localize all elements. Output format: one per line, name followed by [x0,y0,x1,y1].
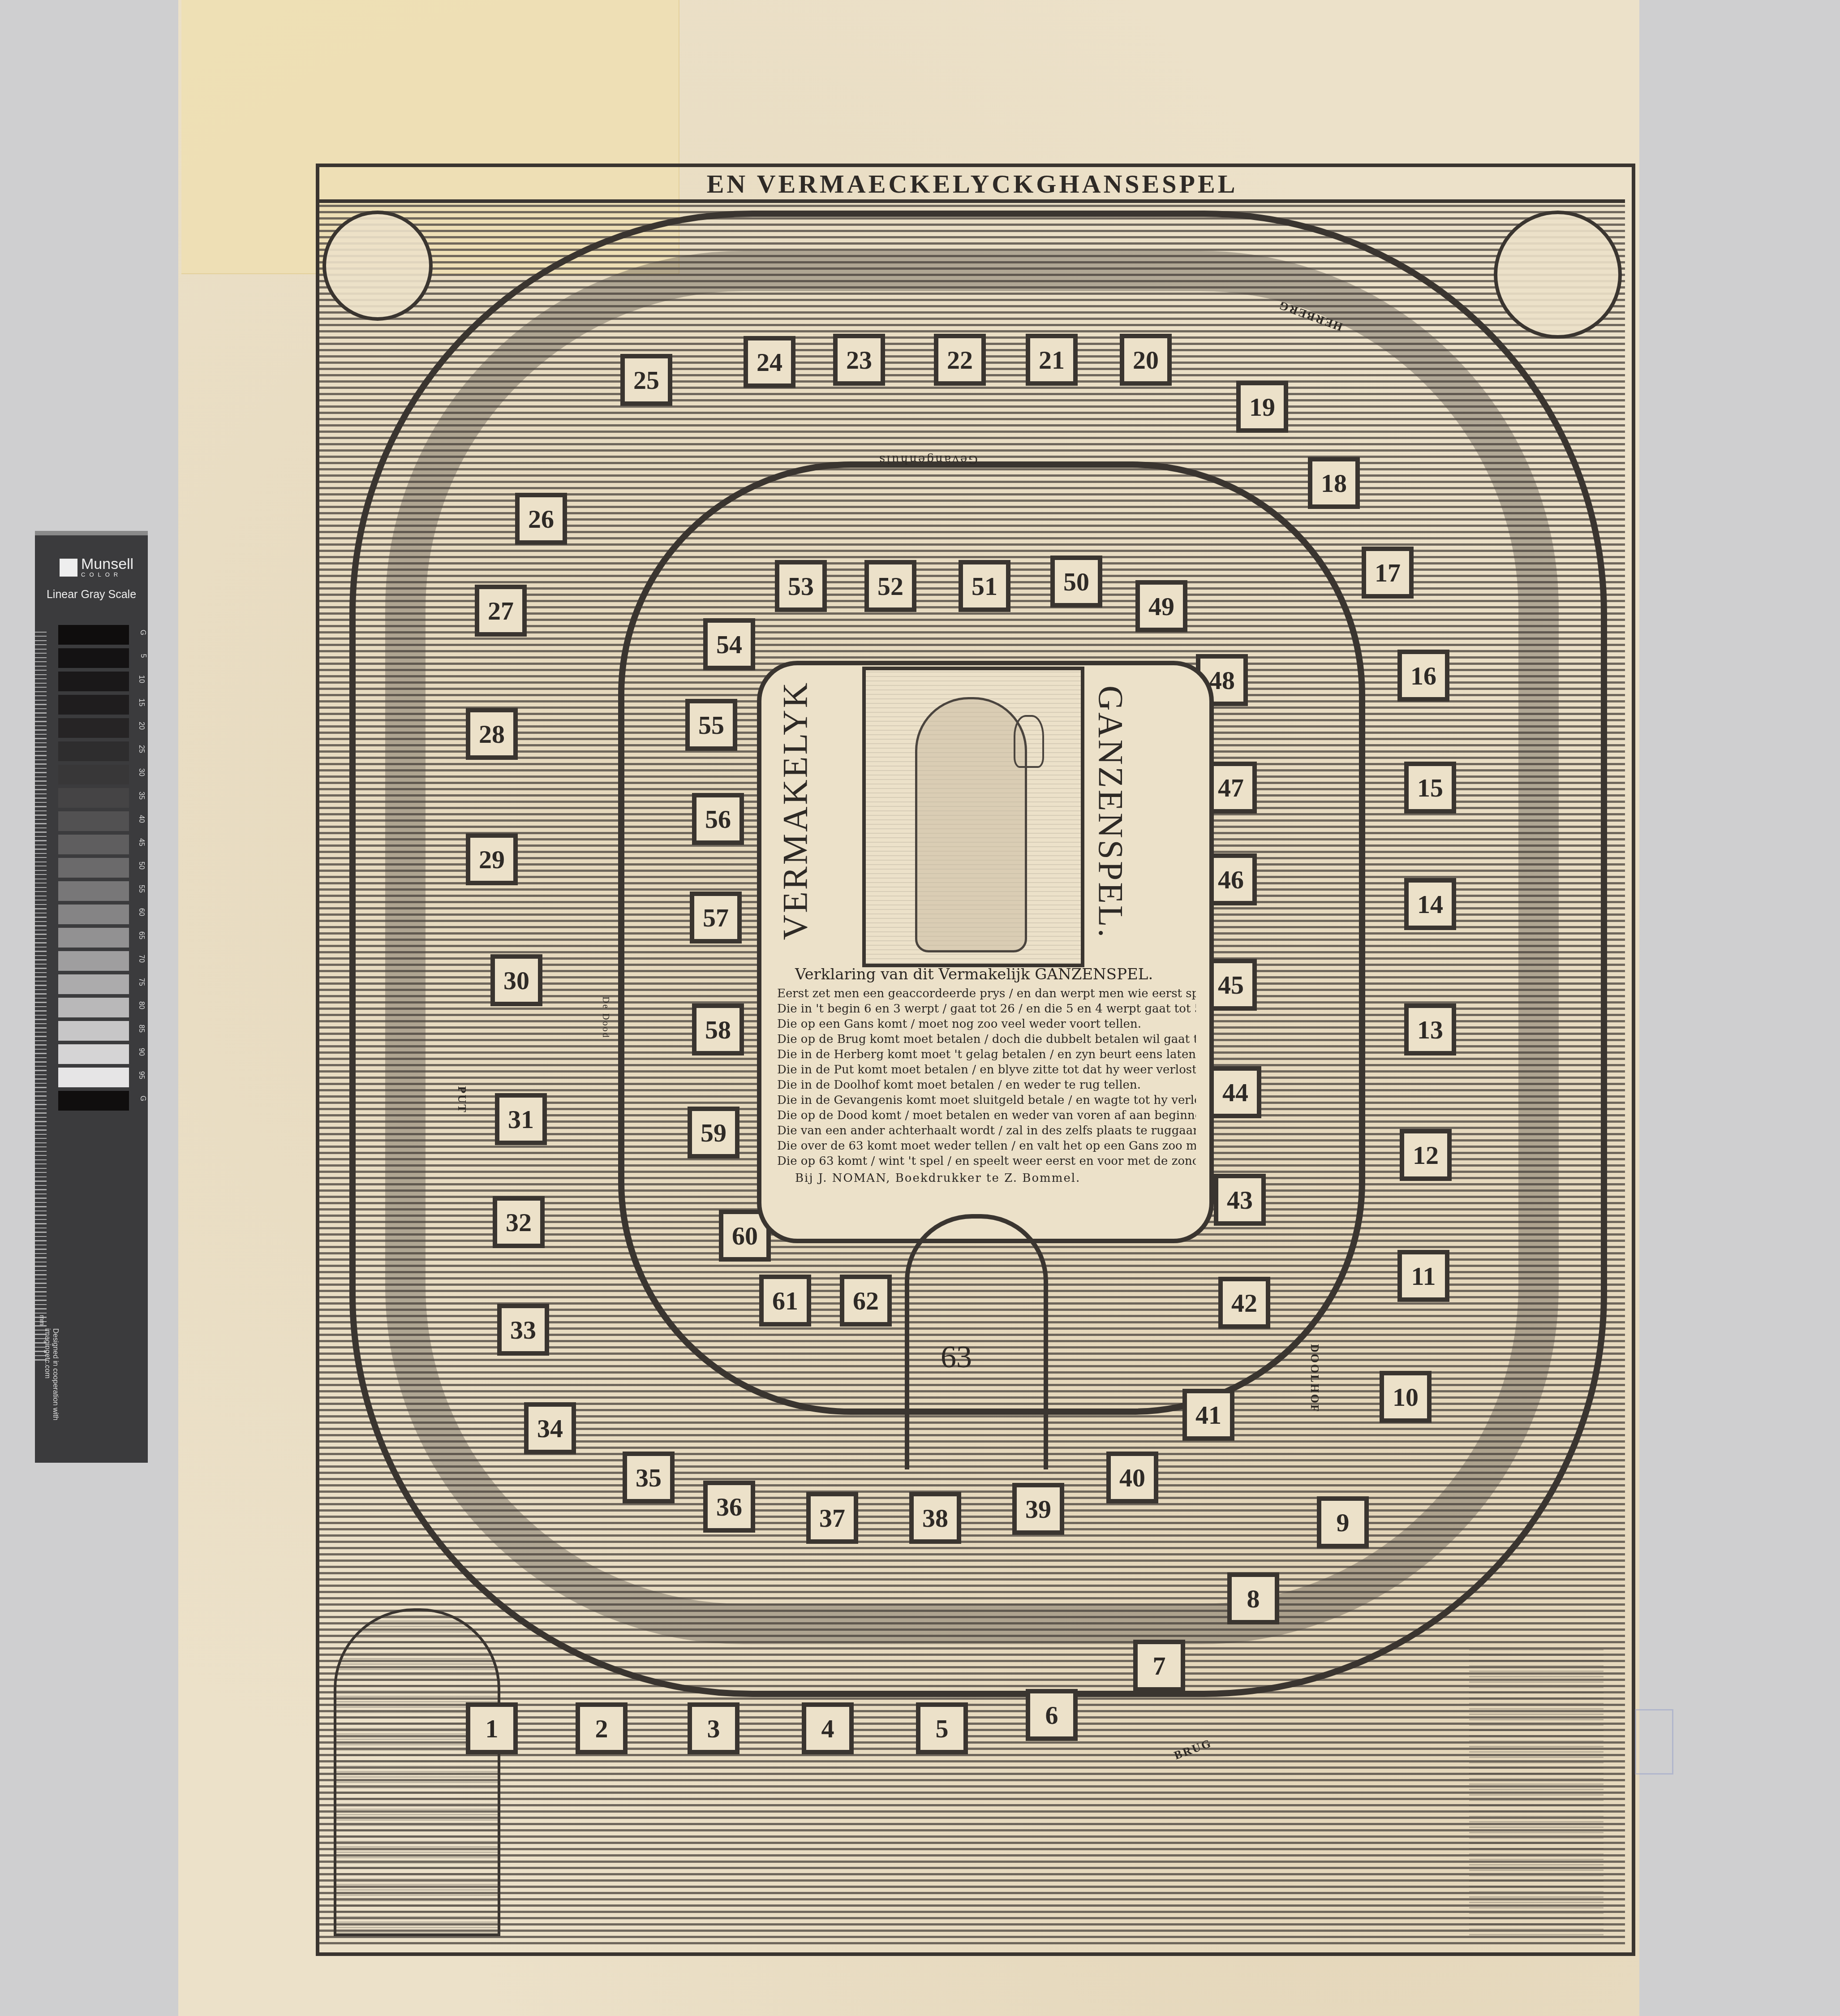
board-square-13: 13 [1404,1004,1456,1055]
board-square-27: 27 [475,585,527,637]
munsell-credit: Designed in cooperation with imagingetc.… [43,1328,59,1463]
gray-patch: 60 [58,905,129,924]
gray-patch-label: 30 [137,768,145,776]
rule-line: Die op de Dood komt / moet betalen en we… [777,1108,1196,1123]
board-square-22: 22 [934,334,986,386]
rule-line: Die op 63 komt / wint 't spel / en speel… [777,1154,1196,1169]
falcon-icon [1014,715,1044,768]
gray-patch-label: 10 [137,675,145,683]
printer-imprint: Bij J. NOMAN, Boekdrukker te Z. Bommel. [777,1172,1196,1185]
board-square-55: 55 [685,699,737,751]
rule-line: Die in de Herberg komt moet 't gelag bet… [777,1047,1196,1062]
board-square-16: 16 [1397,650,1449,702]
gray-patch-label: 5 [139,654,147,658]
rule-line: Die van een ander achterhaalt wordt / za… [777,1123,1196,1138]
board-square-11: 11 [1397,1250,1449,1302]
board-square-29: 29 [466,833,518,885]
board-square-31: 31 [495,1093,547,1145]
rule-lines: Eerst zet men een geaccordeerde prys / e… [777,986,1196,1169]
board-square-44: 44 [1209,1066,1261,1118]
munsell-logo: Munsell COLOR [60,557,133,578]
header-band: EN VERMAECKELYCKGHANSESPEL [319,168,1625,203]
board-square-24: 24 [744,336,795,388]
rule-line: Die in de Put komt moet betalen / en bly… [777,1062,1196,1077]
board-square-54: 54 [703,618,755,670]
gray-patch: 90 [58,1044,129,1064]
board-square-61: 61 [759,1275,811,1327]
gray-patch-label: 25 [137,745,145,753]
label-put: PUT [455,1086,469,1114]
title-vermakelyk: VERMAKELYK [775,681,815,940]
gray-patch: 95 [58,1068,129,1087]
gray-patch-label: 15 [137,698,145,706]
woman-with-falcon-woodcut [862,667,1084,967]
mm-ruler [35,632,47,1362]
gray-patch-label: G [138,1096,146,1101]
gray-patch: 25 [58,741,129,761]
board-square-2: 2 [576,1702,628,1754]
rule-line: Die op de Brug komt moet betalen / doch … [777,1032,1196,1047]
ruler-unit: mm [39,1315,46,1325]
gray-patch: 80 [58,998,129,1017]
board-square-5: 5 [916,1702,968,1754]
gray-patch: 50 [58,858,129,878]
board-square-32: 32 [493,1196,545,1248]
board-square-17: 17 [1362,547,1414,599]
board-square-51: 51 [959,560,1010,612]
board-square-49: 49 [1135,580,1187,632]
board-square-50: 50 [1050,556,1102,607]
board-square-7: 7 [1133,1640,1185,1692]
woman-figure [915,697,1027,952]
gray-patch-label: 75 [137,978,145,986]
board-square-53: 53 [775,560,827,612]
gray-patches: G5101520253035404550556065707580859095G [58,625,130,1114]
board-square-26: 26 [515,493,567,545]
gray-patch-label: 45 [137,838,145,846]
board-square-35: 35 [623,1452,675,1503]
board-square-12: 12 [1400,1129,1452,1181]
gray-patch-label: 20 [137,722,145,730]
gray-patch-label: 65 [137,931,145,939]
title-ganzenspel: GANZENSPEL. [1091,685,1131,939]
board-square-3: 3 [688,1702,739,1754]
board-square-15: 15 [1404,762,1456,814]
gray-patch: 40 [58,811,129,831]
board-square-30: 30 [490,954,542,1006]
gray-patch: 15 [58,695,129,715]
rule-line: Die over de 63 komt moet weder tellen / … [777,1138,1196,1154]
board-square-19: 19 [1236,381,1288,433]
rule-line: Die in de Gevangenis komt moet sluitgeld… [777,1093,1196,1108]
board-square-42: 42 [1218,1277,1270,1329]
gray-patch: 45 [58,835,129,854]
gray-patch: G [58,625,129,645]
board-square-33: 33 [497,1304,549,1356]
gray-patch-label: 60 [137,908,145,916]
board-square-10: 10 [1380,1371,1432,1423]
board-square-52: 52 [864,560,916,612]
gray-patch-label: 70 [137,955,145,963]
board-square-8: 8 [1227,1572,1279,1624]
board-square-43: 43 [1214,1174,1266,1226]
rule-line: Eerst zet men een geaccordeerde prys / e… [777,986,1196,1001]
gray-patch-label: 80 [137,1001,145,1009]
rule-line: Die in de Doolhof komt moet betalen / en… [777,1077,1196,1093]
gray-patch-label: 50 [137,862,145,870]
gray-patch: 35 [58,788,129,808]
board-square-56: 56 [692,793,744,845]
board-square-57: 57 [690,892,742,943]
rule-line: Die op een Gans komt / moet nog zoo veel… [777,1017,1196,1032]
collection-stamp [1635,1709,1673,1775]
label-dood: De Dood [600,997,610,1039]
lute-player-vignette [1469,1649,1604,1935]
board-square-37: 37 [806,1492,858,1544]
gray-patch-label: 55 [137,885,145,893]
medallion-top-left [322,211,433,321]
board-square-28: 28 [466,708,518,760]
board-square-59: 59 [688,1107,739,1159]
munsell-gray-scale-card: Munsell COLOR Linear Gray Scale mm G5101… [35,531,148,1463]
gray-patch: 30 [58,765,129,784]
label-doolhof: DOOLHOF [1308,1344,1321,1413]
board-square-25: 25 [620,354,672,406]
board-square-21: 21 [1026,334,1078,386]
munsell-brand: Munsell [81,557,133,571]
gray-patch-label: 40 [137,815,145,823]
board-square-9: 9 [1317,1496,1369,1548]
gray-patch-label: G [138,630,146,635]
gray-patch: 55 [58,881,129,901]
board-square-14: 14 [1404,878,1456,930]
munsell-title: Linear Gray Scale [35,588,148,601]
gray-patch: 5 [58,648,129,668]
board-square-20: 20 [1120,334,1172,386]
board-square-62: 62 [840,1275,892,1327]
board-square-4: 4 [802,1702,854,1754]
board-square-18: 18 [1308,457,1360,509]
board-square-36: 36 [703,1481,755,1533]
gray-patch: 85 [58,1021,129,1041]
board-square-41: 41 [1182,1389,1234,1441]
header-text: EN VERMAECKELYCKGHANSESPEL [707,169,1238,199]
gray-patch: 70 [58,951,129,971]
board-square-23: 23 [833,334,885,386]
gray-patch-label: 95 [137,1071,145,1079]
board-square-39: 39 [1012,1483,1064,1535]
finish-arch [905,1214,1048,1469]
board-square-40: 40 [1106,1452,1158,1503]
gray-patch-label: 90 [137,1048,145,1056]
gray-patch: 10 [58,672,129,691]
gray-patch: G [58,1091,129,1111]
board-square-38: 38 [909,1492,961,1544]
jester-vignette [334,1608,500,1936]
gray-patch: 65 [58,928,129,948]
board-square-34: 34 [524,1402,576,1454]
munsell-logo-icon [60,559,77,577]
rules-text: Verklaring van dit Vermakelijk GANZENSPE… [777,965,1196,1185]
board-square-6: 6 [1026,1689,1078,1741]
rules-heading: Verklaring van dit Vermakelijk GANZENSPE… [795,965,1196,983]
board-square-1: 1 [466,1702,518,1754]
gray-patch: 75 [58,974,129,994]
label-gevangenhuis: Gevangenhuis [878,452,978,466]
board-square-58: 58 [692,1004,744,1055]
gray-patch-label: 85 [137,1025,145,1033]
portrait-medallion-top-right [1494,211,1622,339]
gray-patch-label: 35 [137,792,145,800]
square-63: 63 [941,1340,972,1375]
rule-line: Die in 't begin 6 en 3 werpt / gaat tot … [777,1001,1196,1017]
gray-patch: 20 [58,718,129,738]
